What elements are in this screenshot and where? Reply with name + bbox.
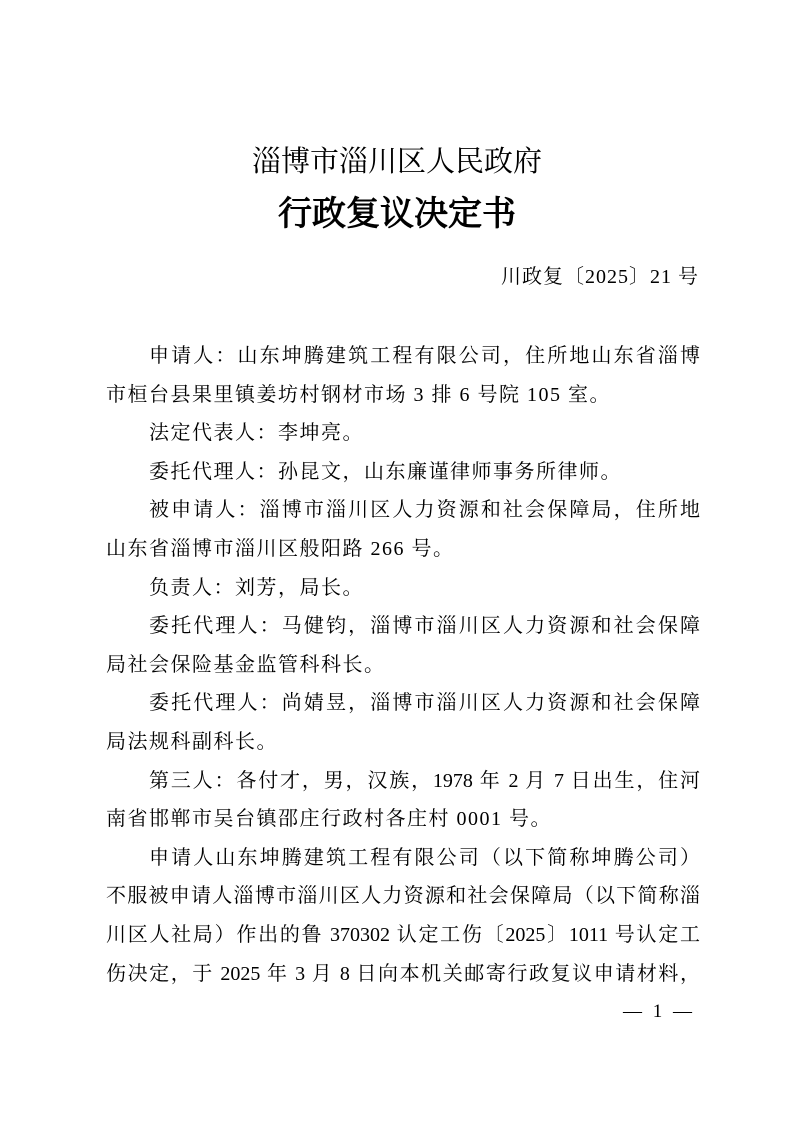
body-line: 委托代理人：孙昆文，山东廉谨律师事务所律师。 xyxy=(106,453,700,492)
document-type-title: 行政复议决定书 xyxy=(0,195,794,235)
body-line: 申请人山东坤腾建筑工程有限公司（以下简称坤腾公司） xyxy=(106,839,700,878)
body-line: 局社会保险基金监管科科长。 xyxy=(106,646,700,685)
body-line: 南省邯郸市吴台镇邵庄行政村各庄村 0001 号。 xyxy=(106,800,700,839)
page-number: — 1 — xyxy=(0,1001,695,1023)
body-line: 申请人：山东坤腾建筑工程有限公司，住所地山东省淄博 xyxy=(106,337,700,376)
body-line: 局法规科副科长。 xyxy=(106,723,700,762)
body-line: 负责人：刘芳，局长。 xyxy=(106,569,700,608)
body-line: 委托代理人：尚婧昱，淄博市淄川区人力资源和社会保障 xyxy=(106,684,700,723)
body-line: 不服被申请人淄博市淄川区人力资源和社会保障局（以下简称淄 xyxy=(106,877,700,916)
body-line: 法定代表人：李坤亮。 xyxy=(106,414,700,453)
body-line: 伤决定，于 2025 年 3 月 8 日向本机关邮寄行政复议申请材料， xyxy=(106,955,700,994)
body-line: 被申请人：淄博市淄川区人力资源和社会保障局，住所地 xyxy=(106,491,700,530)
document-body: 申请人：山东坤腾建筑工程有限公司，住所地山东省淄博市桓台县果里镇姜坊村钢材市场 … xyxy=(106,337,700,993)
document-page: 淄博市淄川区人民政府 行政复议决定书 川政复〔2025〕21 号 申请人：山东坤… xyxy=(0,0,794,1123)
body-line: 第三人：各付才，男，汉族，1978 年 2 月 7 日出生，住河 xyxy=(106,762,700,801)
body-line: 川区人社局）作出的鲁 370302 认定工伤〔2025〕1011 号认定工 xyxy=(106,916,700,955)
document-reference-number: 川政复〔2025〕21 号 xyxy=(0,265,699,289)
issuing-authority-title: 淄博市淄川区人民政府 xyxy=(0,143,794,181)
body-line: 委托代理人：马健钧，淄博市淄川区人力资源和社会保障 xyxy=(106,607,700,646)
body-line: 市桓台县果里镇姜坊村钢材市场 3 排 6 号院 105 室。 xyxy=(106,376,700,415)
body-line: 山东省淄博市淄川区般阳路 266 号。 xyxy=(106,530,700,569)
